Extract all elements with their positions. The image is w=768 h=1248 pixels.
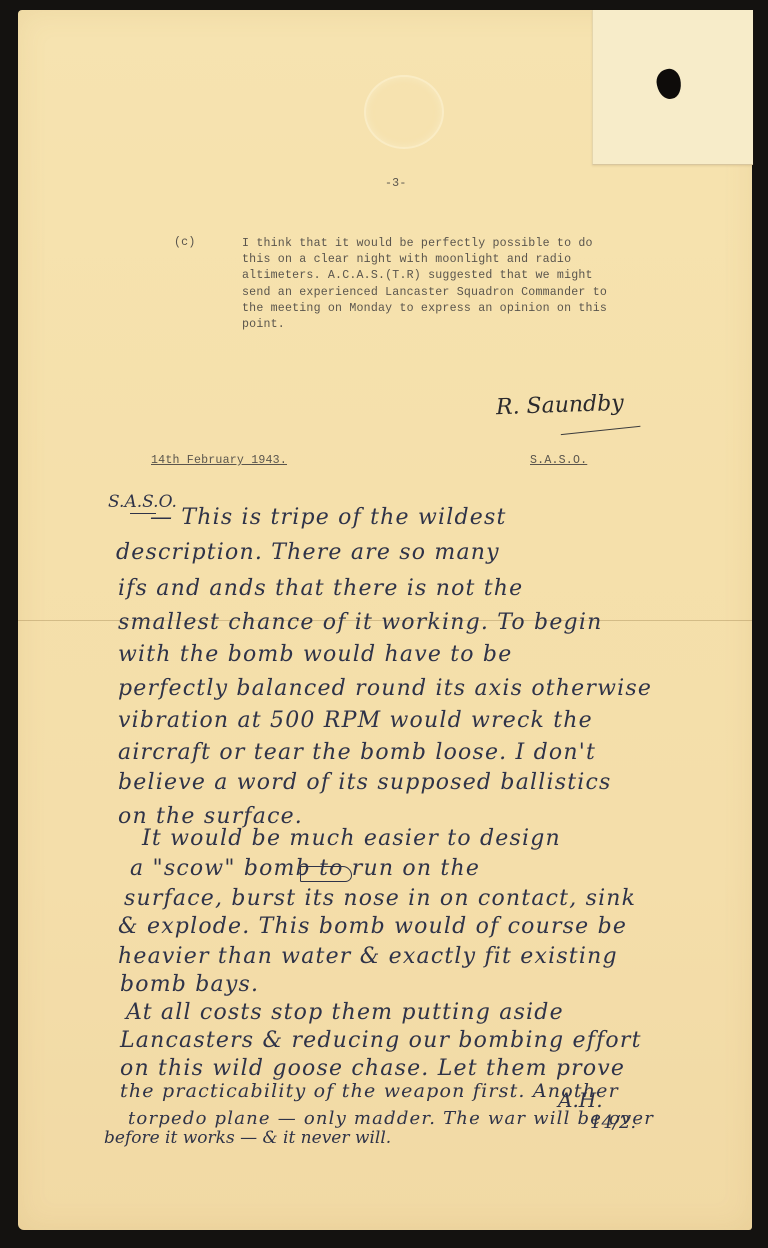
signature: R. Saundby	[496, 391, 624, 420]
handwritten-line: before it works — & it never will.	[104, 1128, 391, 1148]
handwritten-line: description. There are so many	[116, 540, 500, 565]
handwritten-line: the practicability of the weapon first. …	[120, 1080, 619, 1102]
handwritten-line: believe a word of its supposed ballistic…	[118, 770, 612, 795]
scow-bomb-sketch	[300, 866, 352, 882]
handwritten-line: aircraft or tear the bomb loose. I don't	[118, 740, 596, 765]
handwritten-line: ifs and ands that there is not the	[118, 576, 523, 601]
embossed-crest-watermark	[364, 75, 444, 149]
handwritten-line: At all costs stop them putting aside	[126, 1000, 564, 1025]
typed-office-title: S.A.S.O.	[530, 454, 587, 467]
handwritten-line: & explode. This bomb would of course be	[118, 914, 627, 939]
handwritten-line: It would be much easier to design	[142, 826, 561, 851]
handwritten-line: perfectly balanced round its axis otherw…	[118, 676, 652, 701]
page-number: -3-	[385, 177, 406, 190]
handwritten-line: — This is tripe of the wildest	[150, 505, 507, 530]
typed-date: 14th February 1943.	[151, 454, 287, 467]
typed-paragraph: I think that it would be perfectly possi…	[242, 236, 662, 333]
handwritten-line: smallest chance of it working. To begin	[118, 610, 602, 635]
handwritten-line: vibration at 500 RPM would wreck the	[118, 708, 593, 733]
handwritten-line: bomb bays.	[120, 972, 259, 997]
handwritten-line: surface, burst its nose in on contact, s…	[124, 886, 636, 911]
handwritten-initials: A.H.	[558, 1088, 603, 1112]
paragraph-label: (c)	[174, 236, 195, 249]
document-viewer: -3- (c) I think that it would be perfect…	[0, 0, 768, 1248]
handwritten-line: on this wild goose chase. Let them prove	[120, 1056, 625, 1081]
handwritten-line: Lancasters & reducing our bombing effort	[120, 1028, 642, 1053]
handwritten-line: heavier than water & exactly fit existin…	[118, 944, 618, 969]
handwritten-initials-date: 14/2.	[590, 1112, 636, 1133]
handwritten-line: with the bomb would have to be	[118, 642, 512, 667]
